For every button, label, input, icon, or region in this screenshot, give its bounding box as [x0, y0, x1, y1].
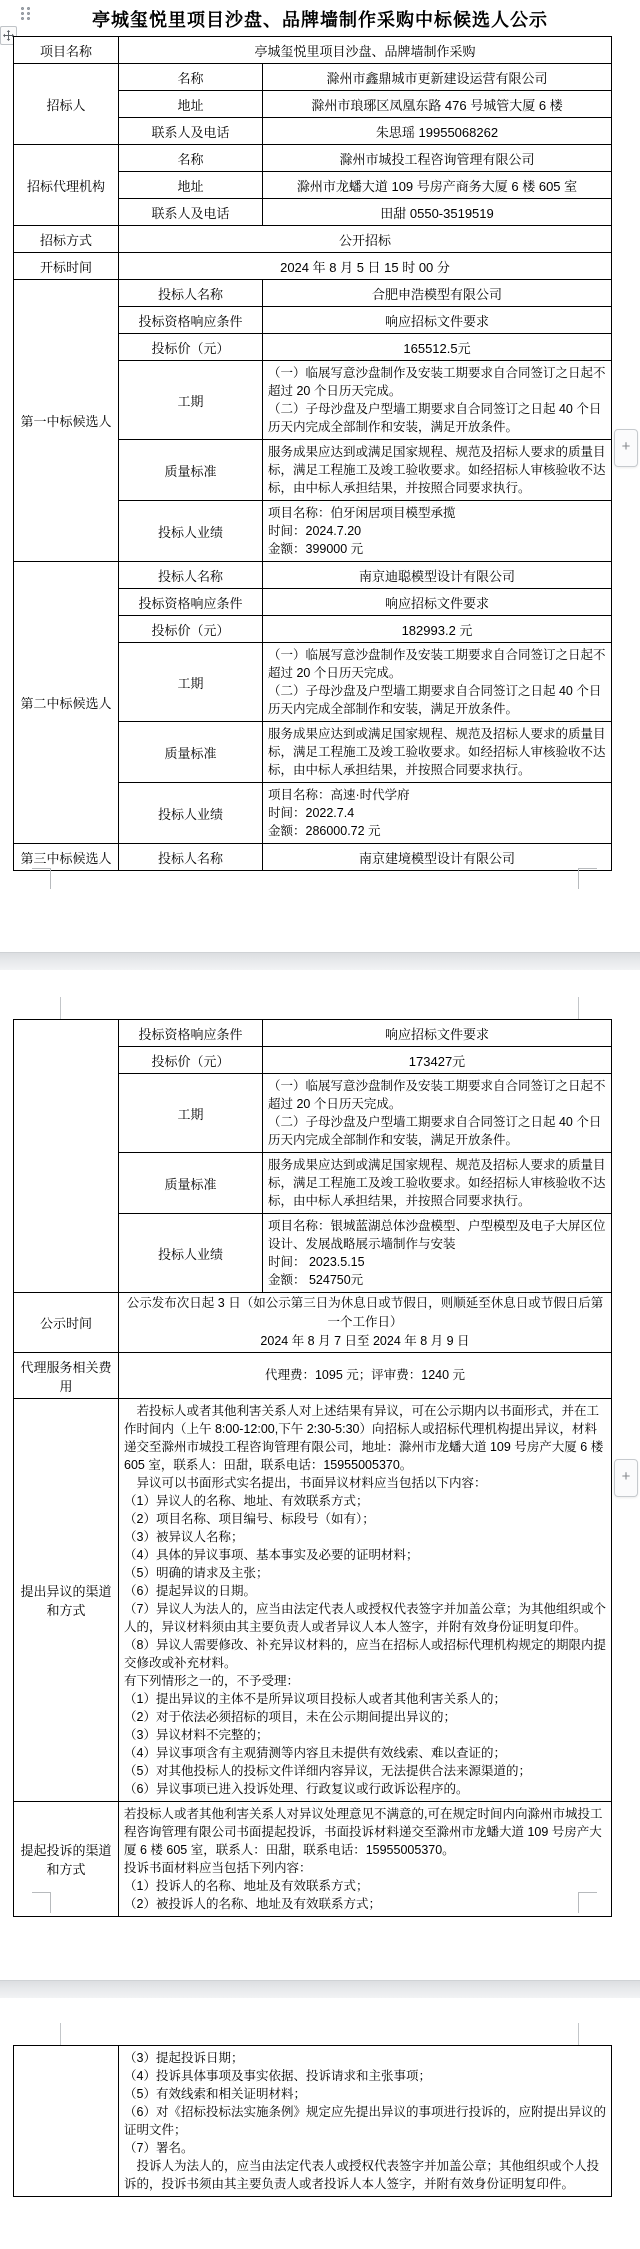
- bid-price-label: 投标价（元）: [119, 1047, 263, 1074]
- table-row: 招标方式 公开招标: [14, 226, 612, 253]
- bid-price-label: 投标价（元）: [119, 334, 263, 361]
- table-row: 第一中标候选人 投标人名称 合肥申浩模型有限公司: [14, 280, 612, 307]
- candidate1-bidder: 合肥申浩模型有限公司: [263, 280, 612, 307]
- margin-mark: [578, 997, 579, 1019]
- contact-label: 联系人及电话: [119, 118, 263, 145]
- objection-text: 若投标人或者其他利害关系人对上述结果有异议，可在公示期内以书面形式，并在工作时间…: [119, 1399, 612, 1802]
- margin-mark: [32, 1892, 51, 1913]
- candidate2-bidder: 南京迪聪模型设计有限公司: [263, 562, 612, 589]
- candidate1-label: 第一中标候选人: [14, 280, 119, 562]
- candidate3-price: 173427元: [263, 1047, 612, 1074]
- objection-label: 提出异议的渠道和方式: [14, 1399, 119, 1802]
- candidate3-label-continued: [14, 1020, 119, 1293]
- candidate2-qualification: 响应招标文件要求: [263, 589, 612, 616]
- complaint-label: 提起投诉的渠道和方式: [14, 1802, 119, 1917]
- table-row: 项目名称 亭城玺悦里项目沙盘、品牌墙制作采购: [14, 37, 612, 64]
- complaint-text-page2: 若投标人或者其他利害关系人对异议处理意见不满意的,可在规定时间内向滁州市城投工程…: [119, 1802, 612, 1917]
- project-name-value: 亭城玺悦里项目沙盘、品牌墙制作采购: [119, 37, 612, 64]
- name-label: 名称: [119, 64, 263, 91]
- quality-label: 质量标准: [119, 722, 263, 783]
- quality-label: 质量标准: [119, 440, 263, 501]
- candidate2-duration: （一）临展写意沙盘制作及安装工期要求自合同签订之日起不超过 20 个日历天完成。…: [263, 643, 612, 722]
- qualification-label: 投标资格响应条件: [119, 1020, 263, 1047]
- qualification-label: 投标资格响应条件: [119, 589, 263, 616]
- agency-fee-label: 代理服务相关费用: [14, 1353, 119, 1399]
- agency-name: 滁州市城投工程咨询管理有限公司: [263, 145, 612, 172]
- margin-mark: [578, 1892, 597, 1913]
- qualification-label: 投标资格响应条件: [119, 307, 263, 334]
- tenderer-name: 滁州市鑫鼎城市更新建设运营有限公司: [263, 64, 612, 91]
- candidate2-price: 182993.2 元: [263, 616, 612, 643]
- table-row: 第二中标候选人 投标人名称 南京迪聪模型设计有限公司: [14, 562, 612, 589]
- candidate2-quality: 服务成果应达到或满足国家规程、规范及招标人要求的质量目标，满足工程施工及竣工验收…: [263, 722, 612, 783]
- bidder-name-label: 投标人名称: [119, 844, 263, 871]
- table-row: 招标代理机构 名称 滁州市城投工程咨询管理有限公司: [14, 145, 612, 172]
- table-row: 开标时间 2024 年 8 月 5 日 15 时 00 分: [14, 253, 612, 280]
- table-row: 代理服务相关费用 代理费：1095 元；评审费：1240 元: [14, 1353, 612, 1399]
- margin-mark: [60, 2023, 61, 2045]
- table-row: 公示时间 公示发布次日起 3 日（如公示第三日为休息日或节假日，则顺延至休息日或…: [14, 1293, 612, 1353]
- announcement-table-page1: 项目名称 亭城玺悦里项目沙盘、品牌墙制作采购 招标人 名称 滁州市鑫鼎城市更新建…: [13, 36, 612, 871]
- complaint-label-continued: [14, 2046, 119, 2197]
- margin-mark: [32, 868, 51, 889]
- margin-mark: [578, 868, 597, 889]
- address-label: 地址: [119, 172, 263, 199]
- candidate1-performance: 项目名称：伯牙闲居项目模型承揽 时间：2024.7.20 金额：399000 元: [263, 501, 612, 562]
- quality-label: 质量标准: [119, 1153, 263, 1214]
- open-time-value: 2024 年 8 月 5 日 15 时 00 分: [119, 253, 612, 280]
- candidate3-duration: （一）临展写意沙盘制作及安装工期要求自合同签订之日起不超过 20 个日历天完成。…: [263, 1074, 612, 1153]
- candidate1-duration: （一）临展写意沙盘制作及安装工期要求自合同签订之日起不超过 20 个日历天完成。…: [263, 361, 612, 440]
- margin-mark: [578, 2023, 579, 2045]
- add-button[interactable]: +: [614, 429, 638, 467]
- table-row: 提出异议的渠道和方式 若投标人或者其他利害关系人对上述结果有异议，可在公示期内以…: [14, 1399, 612, 1802]
- tenderer-label: 招标人: [14, 64, 119, 145]
- bid-method-label: 招标方式: [14, 226, 119, 253]
- add-button[interactable]: +: [614, 1459, 638, 1497]
- table-row: 提起投诉的渠道和方式 若投标人或者其他利害关系人对异议处理意见不满意的,可在规定…: [14, 1802, 612, 1917]
- document-canvas: 亭城玺悦里项目沙盘、品牌墙制作采购中标候选人公示 项目名称 亭城玺悦里项目沙盘、…: [0, 0, 640, 2249]
- publicity-time-label: 公示时间: [14, 1293, 119, 1353]
- publicity-time-value: 公示发布次日起 3 日（如公示第三日为休息日或节假日，则顺延至休息日或节假日后第…: [119, 1293, 612, 1353]
- candidate1-quality: 服务成果应达到或满足国家规程、规范及招标人要求的质量目标，满足工程施工及竣工验收…: [263, 440, 612, 501]
- candidate3-label: 第三中标候选人: [14, 844, 119, 871]
- complaint-text-page3: （3）提起投诉日期； （4）投诉具体事项及事实依据、投诉请求和主张事项； （5）…: [119, 2046, 612, 2197]
- table-row: （3）提起投诉日期； （4）投诉具体事项及事实依据、投诉请求和主张事项； （5）…: [14, 2046, 612, 2197]
- performance-label: 投标人业绩: [119, 1214, 263, 1293]
- agency-address: 滁州市龙蟠大道 109 号房产商务大厦 6 楼 605 室: [263, 172, 612, 199]
- margin-mark: [60, 997, 61, 1019]
- page-break-band: [0, 1980, 640, 1998]
- performance-label: 投标人业绩: [119, 783, 263, 844]
- agency-fee-value: 代理费：1095 元；评审费：1240 元: [119, 1353, 612, 1399]
- candidate1-price: 165512.5元: [263, 334, 612, 361]
- announcement-table-page3: （3）提起投诉日期； （4）投诉具体事项及事实依据、投诉请求和主张事项； （5）…: [13, 2045, 612, 2197]
- address-label: 地址: [119, 91, 263, 118]
- agency-contact: 田甜 0550-3519519: [263, 199, 612, 226]
- tenderer-address: 滁州市琅琊区凤凰东路 476 号城管大厦 6 楼: [263, 91, 612, 118]
- agency-label: 招标代理机构: [14, 145, 119, 226]
- duration-label: 工期: [119, 643, 263, 722]
- candidate3-bidder: 南京建境模型设计有限公司: [263, 844, 612, 871]
- announcement-table-page2: 投标资格响应条件 响应招标文件要求 投标价（元） 173427元 工期 （一）临…: [13, 1019, 612, 1917]
- candidate2-performance: 项目名称：高速·时代学府 时间：2022.7.4 金额：286000.72 元: [263, 783, 612, 844]
- performance-label: 投标人业绩: [119, 501, 263, 562]
- table-row: 投标资格响应条件 响应招标文件要求: [14, 1020, 612, 1047]
- duration-label: 工期: [119, 1074, 263, 1153]
- project-name-label: 项目名称: [14, 37, 119, 64]
- open-time-label: 开标时间: [14, 253, 119, 280]
- bid-price-label: 投标价（元）: [119, 616, 263, 643]
- duration-label: 工期: [119, 361, 263, 440]
- bid-method-value: 公开招标: [119, 226, 612, 253]
- page-break-band: [0, 952, 640, 970]
- page-title: 亭城玺悦里项目沙盘、品牌墙制作采购中标候选人公示: [0, 6, 640, 32]
- candidate3-performance: 项目名称：银城蓝湖总体沙盘模型、户型模型及电子大屏区位设计、发展战略展示墙制作与…: [263, 1214, 612, 1293]
- candidate3-quality: 服务成果应达到或满足国家规程、规范及招标人要求的质量目标，满足工程施工及竣工验收…: [263, 1153, 612, 1214]
- candidate2-label: 第二中标候选人: [14, 562, 119, 844]
- contact-label: 联系人及电话: [119, 199, 263, 226]
- candidate3-qualification: 响应招标文件要求: [263, 1020, 612, 1047]
- bidder-name-label: 投标人名称: [119, 280, 263, 307]
- tenderer-contact: 朱思瑶 19955068262: [263, 118, 612, 145]
- name-label: 名称: [119, 145, 263, 172]
- bidder-name-label: 投标人名称: [119, 562, 263, 589]
- table-row: 第三中标候选人 投标人名称 南京建境模型设计有限公司: [14, 844, 612, 871]
- candidate1-qualification: 响应招标文件要求: [263, 307, 612, 334]
- table-row: 招标人 名称 滁州市鑫鼎城市更新建设运营有限公司: [14, 64, 612, 91]
